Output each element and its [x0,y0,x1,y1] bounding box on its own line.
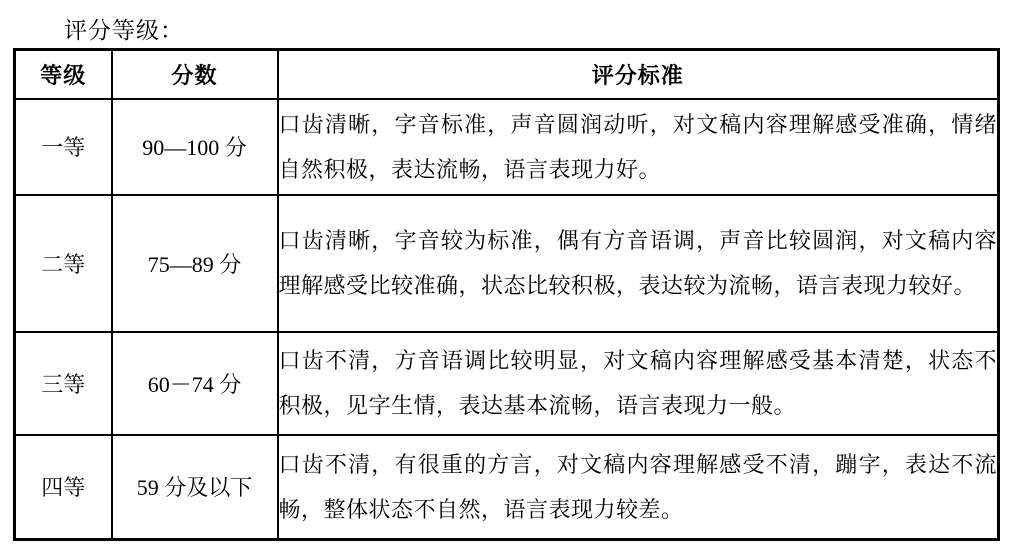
score-cell: 60－74 分 [112,332,278,435]
criteria-cell: 口齿清晰，字音较为标准，偶有方音语调，声音比较圆润，对文稿内容理解感受比较准确，… [278,195,999,332]
header-criteria: 评分标准 [278,50,999,99]
grade-cell: 三等 [15,332,112,435]
document-page: 评分等级： 等级 分数 评分标准 一等 90—100 分 口齿清晰，字音标准，声… [0,0,1020,552]
score-cell: 59 分及以下 [112,435,278,540]
criteria-cell: 口齿清晰，字音标准，声音圆润动听，对文稿内容理解感受准确，情绪自然积极，表达流畅… [278,99,999,195]
header-grade: 等级 [15,50,112,99]
score-cell: 90—100 分 [112,99,278,195]
grade-cell: 二等 [15,195,112,332]
table-row: 三等 60－74 分 口齿不清，方音语调比较明显，对文稿内容理解感受基本清楚，状… [15,332,999,435]
table-header-row: 等级 分数 评分标准 [15,50,999,99]
criteria-cell: 口齿不清，方音语调比较明显，对文稿内容理解感受基本清楚，状态不积极，见字生情，表… [278,332,999,435]
table-row: 一等 90—100 分 口齿清晰，字音标准，声音圆润动听，对文稿内容理解感受准确… [15,99,999,195]
score-cell: 75—89 分 [112,195,278,332]
grading-rubric-table: 等级 分数 评分标准 一等 90—100 分 口齿清晰，字音标准，声音圆润动听，… [13,48,1000,541]
header-score: 分数 [112,50,278,99]
table-row: 四等 59 分及以下 口齿不清，有很重的方言，对文稿内容理解感受不清，蹦字，表达… [15,435,999,540]
section-title: 评分等级： [64,12,184,45]
grade-cell: 四等 [15,435,112,540]
table-row: 二等 75—89 分 口齿清晰，字音较为标准，偶有方音语调，声音比较圆润，对文稿… [15,195,999,332]
grade-cell: 一等 [15,99,112,195]
criteria-cell: 口齿不清，有很重的方言，对文稿内容理解感受不清，蹦字，表达不流畅，整体状态不自然… [278,435,999,540]
